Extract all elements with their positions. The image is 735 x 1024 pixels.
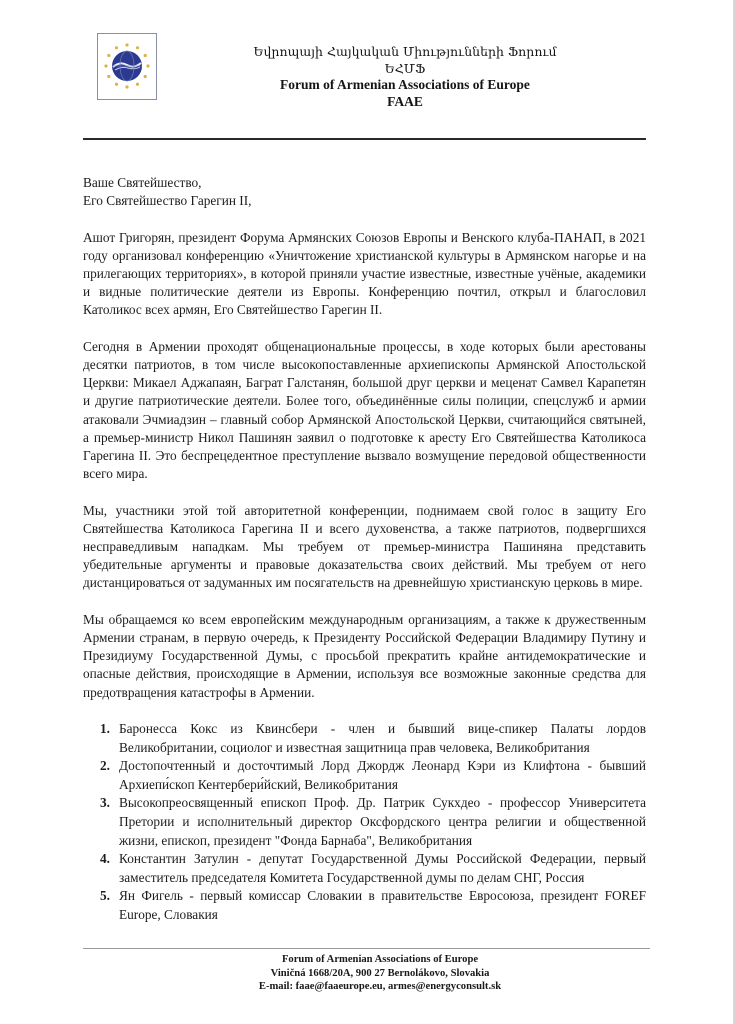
signatories-list: 1. Баронесса Кокс из Квинсбери - член и … xyxy=(83,720,646,925)
header-divider xyxy=(83,138,646,140)
list-number: 2. xyxy=(100,757,110,776)
signatory-text: Достопочтенный и досточтимый Лорд Джордж… xyxy=(119,758,646,792)
salutation-line: Ваше Святейшество, xyxy=(83,174,646,192)
paragraph-conference: Ашот Григорян, президент Форума Армянски… xyxy=(83,229,646,320)
letter-body: Ваше Святейшество, Его Святейшество Гаре… xyxy=(83,174,646,925)
paragraph-arrests: Сегодня в Армении проходят общенациональ… xyxy=(83,338,646,484)
signatory-text: Баронесса Кокс из Квинсбери - член и быв… xyxy=(119,721,646,755)
list-number: 4. xyxy=(100,850,110,869)
footer: Forum of Armenian Associations of Europe… xyxy=(200,953,560,994)
paragraph-appeal: Мы обращаемся ко всем европейским междун… xyxy=(83,611,646,702)
list-number: 3. xyxy=(100,794,110,813)
paragraph-demands: Мы, участники этой той авторитетной конф… xyxy=(83,502,646,593)
globe-with-eu-stars-icon xyxy=(98,34,156,99)
signatory-text: Ян Фигель - первый комиссар Словакии в п… xyxy=(119,888,646,922)
footer-divider xyxy=(83,948,650,949)
list-item: 3. Высокопреосвященный епископ Проф. Др.… xyxy=(83,794,646,850)
salutation-line: Его Святейшество Гарегин II, xyxy=(83,192,646,210)
letterhead: Եվրոպայի Հայկական Միությունների Ֆորում Ե… xyxy=(170,44,640,110)
faae-logo xyxy=(97,33,157,100)
list-item: 5. Ян Фигель - первый комиссар Словакии … xyxy=(83,887,646,924)
list-number: 1. xyxy=(100,720,110,739)
signatory-text: Константин Затулин - депутат Государстве… xyxy=(119,851,646,885)
signatory-text: Высокопреосвященный епископ Проф. Др. Па… xyxy=(119,795,646,847)
salutation: Ваше Святейшество, Его Святейшество Гаре… xyxy=(83,174,646,210)
list-item: 2. Достопочтенный и досточтимый Лорд Джо… xyxy=(83,757,646,794)
org-abbr-armenian: ԵՀՄՖ xyxy=(170,61,640,78)
footer-email: E-mail: faae@faaeurope.eu, armes@energyc… xyxy=(200,980,560,994)
org-title-armenian: Եվրոպայի Հայկական Միությունների Ֆորում xyxy=(170,44,640,61)
footer-address: Viničná 1668/20A, 900 27 Bernolákovo, Sl… xyxy=(200,967,560,981)
list-number: 5. xyxy=(100,887,110,906)
org-abbr-english: FAAE xyxy=(170,94,640,111)
footer-org: Forum of Armenian Associations of Europe xyxy=(200,953,560,967)
list-item: 1. Баронесса Кокс из Квинсбери - член и … xyxy=(83,720,646,757)
list-item: 4. Константин Затулин - депутат Государс… xyxy=(83,850,646,887)
org-title-english: Forum of Armenian Associations of Europe xyxy=(170,77,640,94)
